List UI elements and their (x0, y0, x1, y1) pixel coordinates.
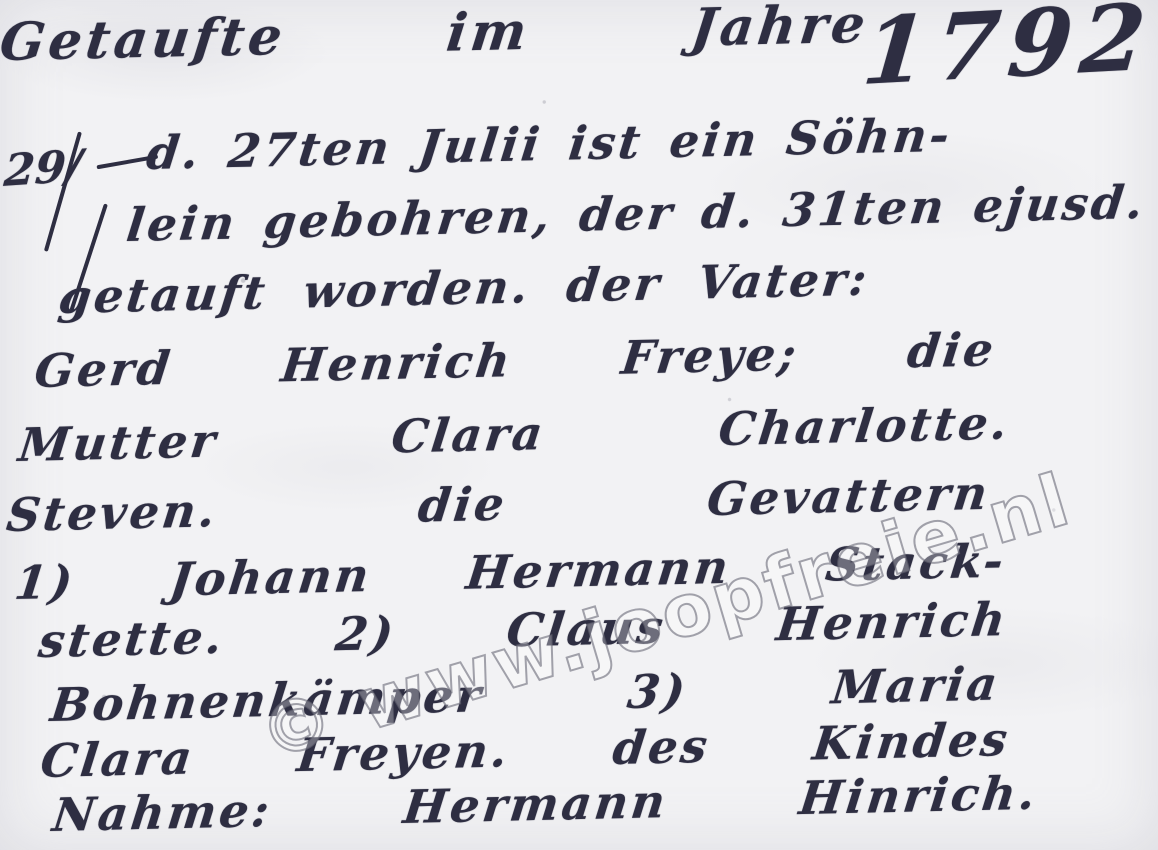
handwritten-line: Gerd Henrich Freye; die (32, 324, 999, 396)
handwritten-line: lein gebohren, der d. 31ten ejusd. (124, 182, 922, 251)
handwritten-line: Mutter Clara Charlotte. (16, 398, 1013, 471)
handwritten-line: Steven. die Gevattern (4, 468, 993, 541)
header-year: 1792 (858, 0, 1157, 106)
margin-note: 29/ (2, 141, 83, 197)
handwritten-line: d. 27ten Julii ist ein Söhn- (144, 110, 952, 179)
header-title: Getaufte im Jahre (0, 0, 872, 73)
scanned-baptism-record-page: Getaufte im Jahre 1792 29/ d. 27ten Juli… (0, 0, 1158, 850)
handwritten-line: getauft worden. der Vater: (56, 254, 872, 323)
